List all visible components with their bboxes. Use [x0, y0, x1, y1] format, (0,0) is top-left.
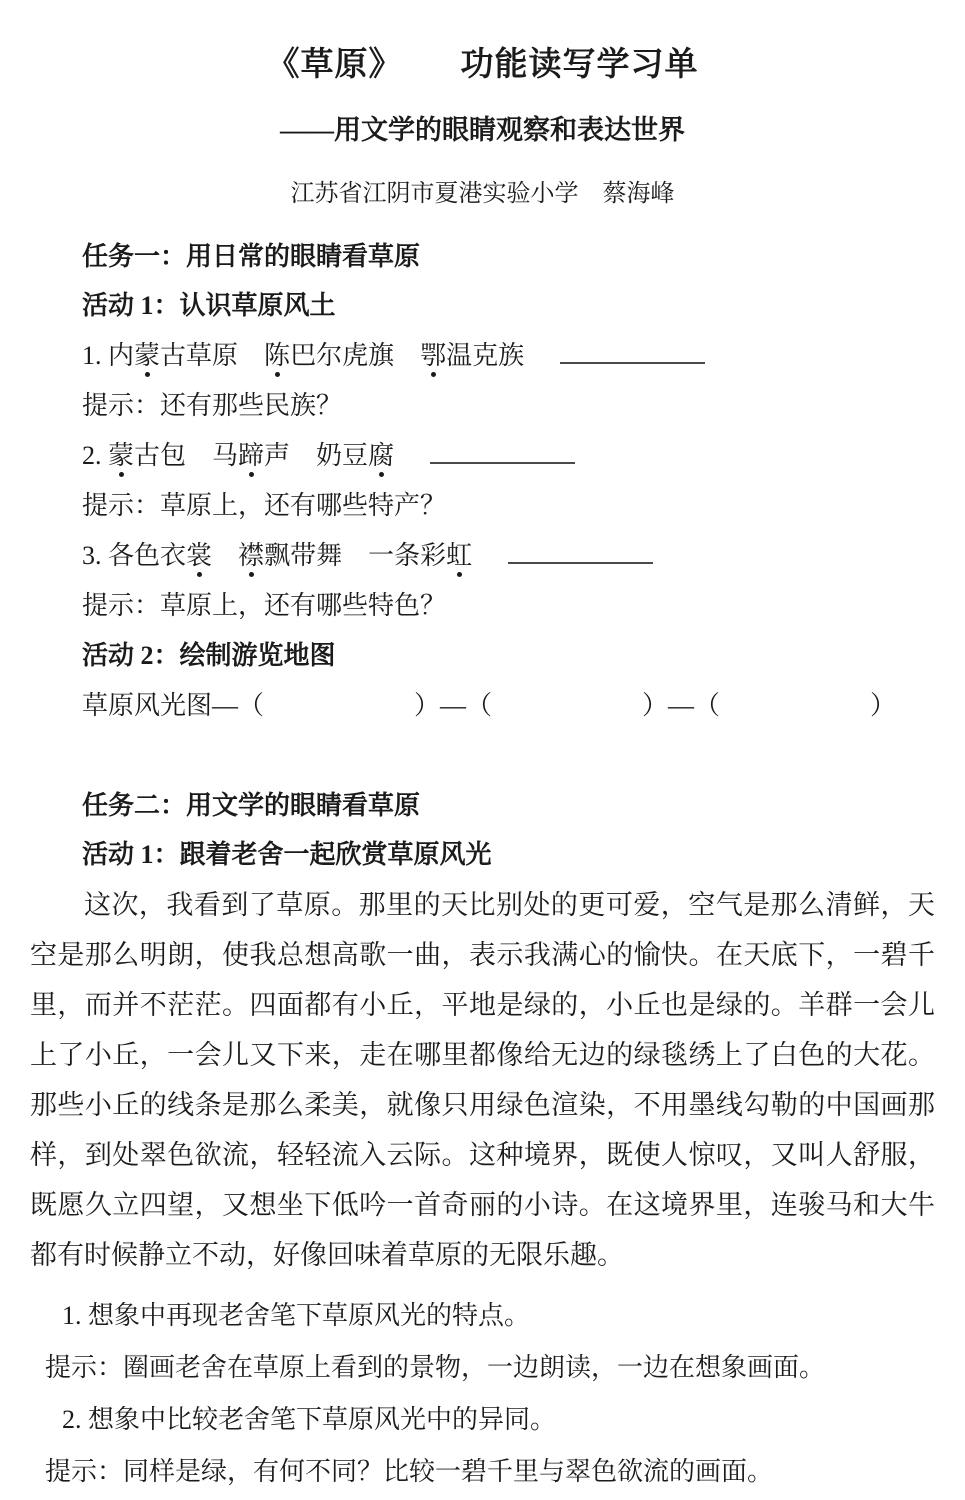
vocab-item-3: 3. 各色衣裳 襟飘带舞 一条彩虹	[82, 531, 935, 581]
vocab-item-1-text: 1. 内蒙古草原 陈巴尔虎旗 鄂温克族	[82, 341, 524, 370]
task1-section: 任务一：用日常的眼睛看草原 活动 1：认识草原风土 1. 内蒙古草原 陈巴尔虎旗…	[82, 231, 935, 731]
question-2-tip: 提示：同样是绿，有何不同？比较一碧千里与翠色欲流的画面。	[45, 1446, 965, 1498]
emphasized-char: 腐	[368, 441, 394, 470]
vocab-item-1-blank	[560, 335, 705, 364]
passage-paragraph: 这次，我看到了草原。那里的天比别处的更可爱，空气是那么清鲜，天空是那么明朗，使我…	[30, 880, 935, 1280]
vocab-item-2: 2. 蒙古包 马蹄声 奶豆腐	[82, 431, 935, 481]
question-2: 2. 想象中比较老舍笔下草原风光中的异同。	[62, 1394, 965, 1446]
question-1-tip: 提示：圈画老舍在草原上看到的景物，一边朗读，一边在想象画面。	[45, 1342, 965, 1394]
title-main: 功能读写学习单	[461, 47, 699, 83]
emphasized-char: 裳	[186, 541, 212, 570]
doc-title: 《草原》功能读写学习单	[0, 42, 965, 88]
text-segment: 飘带舞 一条彩	[264, 541, 446, 570]
vocab-item-3-text: 3. 各色衣裳 襟飘带舞 一条彩虹	[82, 541, 472, 570]
text-segment	[212, 541, 238, 570]
vocab-item-1-tip: 提示：还有那些民族？	[82, 381, 935, 431]
task1-activity1-heading: 活动 1：认识草原风土	[82, 281, 935, 331]
task2-section: 任务二：用文学的眼睛看草原 活动 1：跟着老舍一起欣赏草原风光	[82, 780, 935, 880]
emphasized-char: 鄂	[420, 341, 446, 370]
map-line-prefix: 草原风光图—（	[82, 691, 264, 720]
text-segment: 温克族	[446, 341, 524, 370]
vocab-item-3-tip: 提示：草原上，还有哪些特色？	[82, 581, 935, 631]
vocab-item-3-blank	[508, 535, 653, 564]
task1-activity2-heading: 活动 2：绘制游览地图	[82, 631, 935, 681]
title-book-name: 《草原》	[267, 47, 403, 83]
vocab-item-2-tip: 提示：草原上，还有哪些特产？	[82, 481, 935, 531]
document-page: { "header": { "title_left": "《草原》", "tit…	[0, 0, 965, 1500]
vocab-item-1: 1. 内蒙古草原 陈巴尔虎旗 鄂温克族	[82, 331, 935, 381]
task2-heading: 任务二：用文学的眼睛看草原	[82, 780, 935, 830]
map-line-sep-1: ）—（	[414, 691, 492, 720]
task2-activity1-heading: 活动 1：跟着老舍一起欣赏草原风光	[82, 830, 935, 880]
questions-section: 1. 想象中再现老舍笔下草原风光的特点。 提示：圈画老舍在草原上看到的景物，一边…	[0, 1290, 965, 1498]
task1-heading: 任务一：用日常的眼睛看草原	[82, 231, 935, 281]
text-segment: 1. 内	[82, 341, 134, 370]
text-segment: 3. 各色衣	[82, 541, 186, 570]
vocab-item-2-blank	[430, 435, 575, 464]
worksheet-document: 《草原》功能读写学习单 ——用文学的眼睛观察和表达世界 江苏省江阴市夏港实验小学…	[0, 0, 965, 1500]
text-segment: 声 奶豆	[264, 441, 368, 470]
emphasized-char: 蒙	[108, 441, 134, 470]
section-spacer	[0, 731, 965, 780]
text-segment: 古草原	[160, 341, 264, 370]
map-line-sep-2: ）—（	[642, 691, 720, 720]
map-line-close: ）	[870, 691, 896, 720]
emphasized-char: 陈	[264, 341, 290, 370]
question-1: 1. 想象中再现老舍笔下草原风光的特点。	[62, 1290, 965, 1342]
emphasized-char: 蒙	[134, 341, 160, 370]
doc-author: 江苏省江阴市夏港实验小学 蔡海峰	[0, 178, 965, 210]
text-segment: 古包 马	[134, 441, 238, 470]
doc-subtitle: ——用文学的眼睛观察和表达世界	[0, 112, 965, 148]
vocab-item-2-text: 2. 蒙古包 马蹄声 奶豆腐	[82, 441, 394, 470]
emphasized-char: 虹	[446, 541, 472, 570]
emphasized-char: 蹄	[238, 441, 264, 470]
text-segment: 巴尔虎旗	[290, 341, 420, 370]
text-segment: 2.	[82, 441, 108, 470]
emphasized-char: 襟	[238, 541, 264, 570]
map-fill-line: 草原风光图—（）—（）—（）	[82, 681, 935, 731]
